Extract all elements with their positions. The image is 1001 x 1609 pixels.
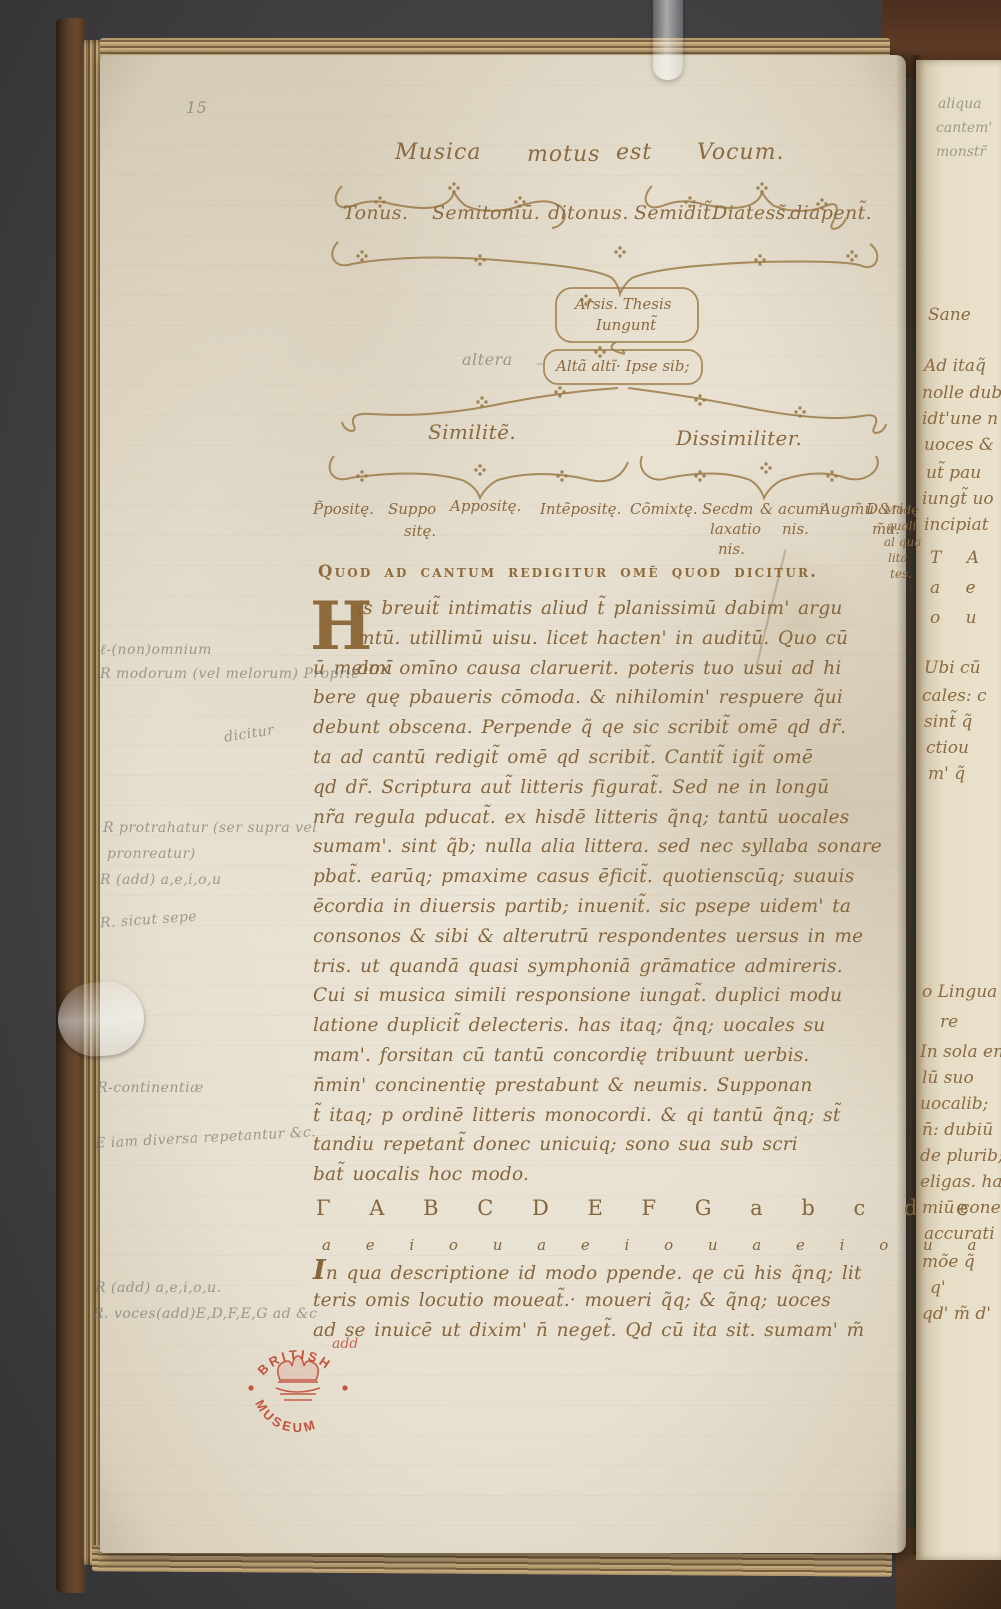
diagram-label: Semitoniū. [432, 202, 540, 224]
text-line: tandiu repetant̃ donec unicuiq; sono sua… [313, 1130, 891, 1160]
diagram-bottom-label: tes. [890, 567, 912, 581]
pencil-note-altera: altera [462, 350, 513, 369]
closing-paragraph: In qua descriptione id modo ppende. qe c… [313, 1256, 891, 1346]
facing-page-fragment: mõe q̃ [922, 1252, 975, 1272]
diagram-label-similiter: Similitẽ. [428, 420, 516, 444]
text-line: tris. ut quandā quasi symphoniā grāmatic… [313, 952, 891, 982]
diagram-label: Tonus. [343, 202, 408, 224]
facing-page-fragment: ut̃ pau [926, 463, 981, 483]
diagram-title-word: Vocum. [697, 140, 784, 165]
pencil-marginal-note: R. voces(add)E,D,F,E,G ad &c [93, 1306, 317, 1322]
manuscript-photo: 15 Musica motus est Vocum. Tonus. Se [0, 0, 1001, 1609]
text-line: ad se inuicē ut dixim' n̄ neget̃. Qd cū … [313, 1316, 891, 1346]
text-line: pbat̃. earūq; pmaxime casus ēficit̃. quo… [313, 862, 891, 892]
facing-page-fragment: qd' m̃ d' [922, 1304, 991, 1324]
facing-page-fragment: In sola eni [920, 1042, 1001, 1062]
facing-page-fragment: aliqua [938, 96, 982, 112]
monochord-letter-row: Γ A B C D E F G a b c d e f g a [316, 1196, 1001, 1220]
facing-page-fragment: cantem' [936, 120, 992, 136]
text-line: In qua descriptione id modo ppende. qe c… [313, 1256, 891, 1286]
pencil-marginal-note: pronreatur) [107, 846, 196, 862]
facing-page-fragment: nolle dub [922, 383, 1001, 403]
diagram-bottom-label: Modę [884, 503, 918, 517]
manuscript-right-page-sliver [916, 60, 1001, 1560]
diagram-cartouche-text: Arsis. Thesis [575, 295, 671, 313]
text-line: n̄min' concinentię prestabunt & neumis. … [313, 1071, 891, 1101]
diagram-bottom-label: Secdm [702, 500, 753, 518]
diagram-bottom-label: Suppo [388, 500, 436, 518]
pencil-marginal-note: R-continentiæ [97, 1080, 204, 1096]
facing-page-fragment: incipiat [924, 515, 989, 535]
diagram-bottom-label: & acumi [760, 500, 824, 518]
facing-page-fragment: monstr̃ [936, 144, 986, 160]
facing-page-fragment: accurati [924, 1224, 995, 1244]
pencil-marginal-note: R protrahatur (ser supra vel [103, 820, 317, 836]
facing-page-fragment: de plurib; [920, 1146, 1001, 1166]
text-line: teris omis locutio moueat̃.· moueri q̃q;… [313, 1286, 891, 1316]
diagram-title-word: motus [527, 142, 600, 167]
text-line: consonos & sibi & alterutrū respondentes… [313, 922, 891, 952]
text-line: is breuit̃ intimatis aliud t̃ planissimū… [313, 594, 891, 624]
facing-page-fragment: Ad itaq̃ [924, 356, 986, 376]
pencil-marginal-note: ℓ-(non)omnium [100, 642, 212, 659]
text-line: mtū. utillimū uisu. licet hacten' in aud… [313, 624, 891, 654]
text-line: bere quę pbaueris cōmoda. & nihilomin' r… [313, 683, 891, 713]
facing-page-fragment: m' q̃ [928, 764, 965, 784]
facing-page-fragment: n̄: dubiū [922, 1120, 993, 1140]
facing-page-fragment: a e [930, 578, 986, 598]
diagram-cartouche-text: Altã altĩ· Ipse sib; [556, 357, 690, 375]
diagram-bottom-label: lita [888, 551, 908, 565]
text-line: t̃ itaq; p ordinē litteris monocordi. & … [313, 1101, 891, 1131]
diagram-bottom-label: sitę. [404, 522, 436, 540]
folio-number: 15 [186, 98, 207, 117]
facing-page-fragment: T A [930, 548, 989, 568]
pencil-marginal-note: R (add) a,e,i,o,u [100, 872, 222, 888]
diagram-label: diapent̃. [790, 202, 872, 224]
text-line: qd dr̃. Scriptura aut̃ litteris figurat̃… [313, 773, 891, 803]
diagram-bottom-label: laxatio [710, 520, 761, 538]
facing-page-fragment: re [940, 1012, 958, 1032]
text-line: nr̃a regula pducat̃. ex hisdē litteris q… [313, 803, 891, 833]
diagram-bottom-label: al qua [884, 535, 921, 549]
diagram-bottom-label: Intẽpositę. [540, 500, 621, 518]
text-line: bat̃ uocalis hoc modo. [313, 1160, 891, 1190]
diagram-label: ditonus. [548, 202, 629, 224]
diagram-cartouche-text: Iungunt̃ [596, 316, 656, 334]
pencil-marginal-note: R (add) a,e,i,o,u. [95, 1280, 221, 1296]
vowel-row: a e i o u a e i o u a e i o u a [322, 1236, 991, 1254]
pencil-dash: – [536, 356, 544, 372]
diagram-bottom-label: Appositę. [450, 497, 521, 515]
text-line: Cui si musica simili responsione iungat̃… [313, 981, 891, 1011]
facing-page-fragment: eligas. ha [920, 1172, 1001, 1192]
diagram-label-dissimiliter: Dissimiliter. [676, 426, 802, 450]
text-line: ēcordia in diuersis partib; inuenit̃. si… [313, 892, 891, 922]
text-line: latione duplicit̃ delecteris. has itaq; … [313, 1011, 891, 1041]
facing-page-fragment: o Lingua [922, 982, 997, 1002]
diagram-title-word: Musica [395, 140, 481, 165]
plastic-clip-top [653, 0, 683, 80]
diagram-bottom-label: quali [886, 519, 916, 533]
facing-page-fragment: uoces & [924, 435, 994, 455]
diagram-title-word: est [616, 140, 652, 165]
diagram-label: Semidit̃. [634, 202, 717, 224]
text-line: sumam'. sint q̃b; nulla alia littera. se… [313, 832, 891, 862]
text-line: ta ad cantū redigit̃ omē qd scribit̃. Ca… [313, 743, 891, 773]
main-text-block: is breuit̃ intimatis aliud t̃ planissimū… [313, 594, 891, 1190]
facing-page-fragment: miū cone [922, 1198, 1001, 1218]
facing-page-fragment: idt'une n [922, 409, 998, 429]
facing-page-fragment: q' [930, 1278, 946, 1298]
facing-page-fragment: Ubi cū [924, 658, 981, 678]
diagram-bottom-label: nis. [718, 540, 745, 558]
facing-page-fragment: iungt̃ uo [922, 489, 994, 509]
diagram-bottom-label: nis. [782, 520, 809, 538]
facing-page-fragment: lū suo [922, 1068, 974, 1088]
facing-page-fragment: cales: c [922, 686, 987, 706]
facing-page-fragment: ctiou [926, 738, 969, 758]
diagram-label: Diatess̃. [712, 202, 792, 224]
text-line: ū melox omīno causa claruerit. poteris t… [313, 654, 891, 684]
text-line: debunt obscena. Perpende q̃ qe sic scrib… [313, 713, 891, 743]
text-line: mam'. forsitan cū tantū concordię tribuu… [313, 1041, 891, 1071]
facing-page-fragment: o u [930, 608, 987, 628]
red-marginal-note: add [332, 1336, 358, 1352]
facing-page-fragment: sint̃ q̃ [924, 712, 972, 732]
pencil-marginal-note: R modorum (vel melorum) Proprie [100, 666, 360, 682]
facing-page-fragment: uocalib; [920, 1094, 988, 1114]
rubric-heading: Quod ad cantum redigitur omē quod dicitu… [318, 562, 818, 581]
diagram-bottom-label: P̃positę. [313, 500, 374, 518]
facing-page-fragment: Sane [928, 305, 971, 325]
diagram-bottom-label: Cõmixtę. [630, 500, 698, 518]
